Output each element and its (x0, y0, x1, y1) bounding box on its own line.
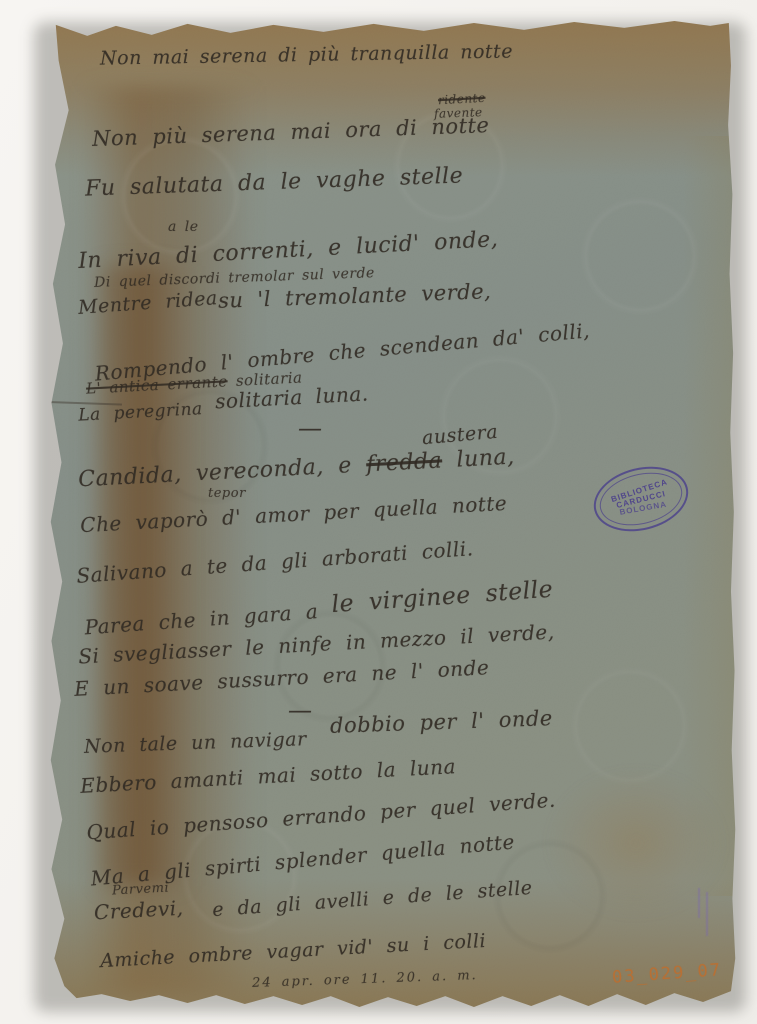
verse-line-10: Salivano a te da gli arborati colli. (76, 536, 475, 588)
verse-line-19: Amiche ombre vagar vid' su i colli (100, 930, 487, 972)
verse-line-18b: e da gli avelli e de le stelle (212, 877, 534, 921)
verse-line-14b: dobbio per l' onde (330, 706, 553, 738)
verse-line-3: In riva di correnti, e lucid' onde, (78, 227, 499, 274)
verse-line-15: Ebbero amanti mai sotto la luna (80, 754, 457, 798)
verse-line-18a: Credevi, (93, 896, 184, 925)
separator-dash-1: — (298, 414, 323, 442)
verse-line-1: Non più serena mai ora di notte (92, 113, 490, 151)
manuscript-page: Non mai serena di più tranquilla notte r… (30, 16, 746, 1008)
verse-line-8: Candida, vereconda, e fredda luna, (78, 445, 516, 493)
pencil-mark-2 (706, 892, 708, 936)
separator-dash-2: — (288, 696, 313, 724)
manuscript-title-line: Non mai serena di più tranquilla notte (100, 40, 513, 69)
verse-line-2: Fu salutata da le vaghe stelle (85, 163, 464, 201)
pencil-mark-1 (698, 888, 700, 918)
scan-background: Non mai serena di più tranquilla notte r… (0, 0, 757, 1024)
title-text: Non mai serena di più tranquilla notte (100, 40, 513, 69)
interlinear-insert-ale: a le (168, 219, 199, 235)
verse-line-4a: Mentre ridea (77, 287, 218, 319)
interlinear-insert-tepor: tepor (208, 486, 246, 501)
date-note: 24 apr. ore 11. 20. a. m. (252, 968, 478, 991)
verse-line-14a: Non tale un navigar (84, 728, 307, 758)
verse-line-9: Che vaporò d' amor per quella notte (80, 491, 508, 537)
